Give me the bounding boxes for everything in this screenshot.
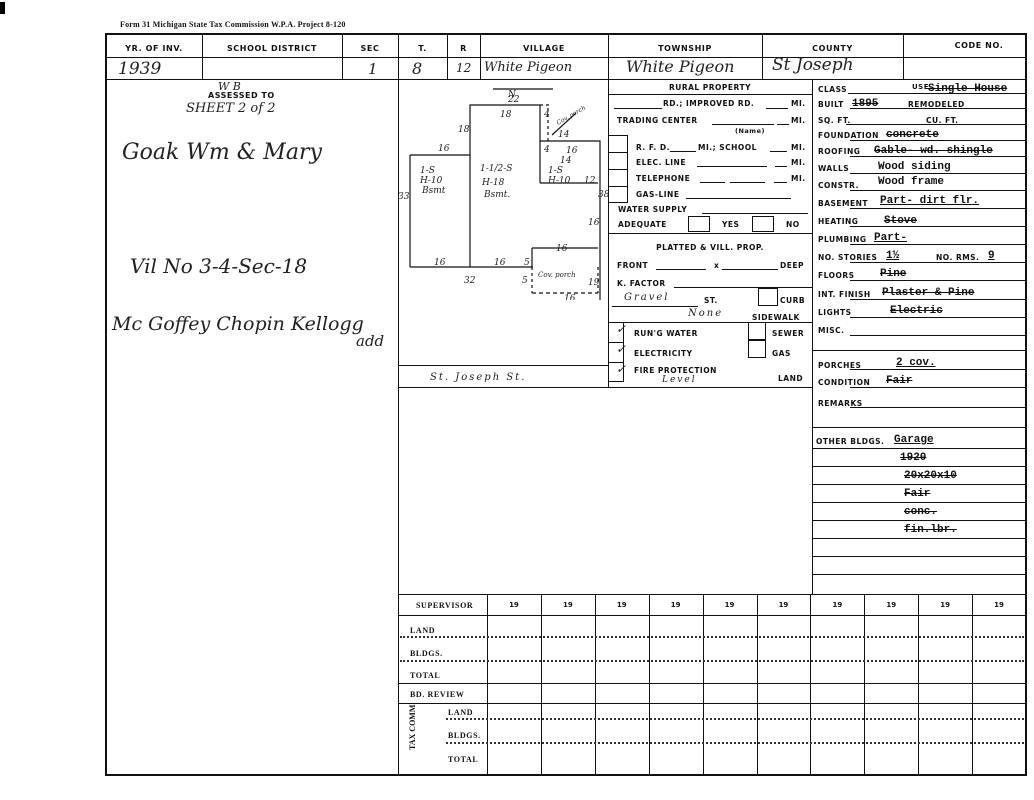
svg-text:18: 18 — [500, 110, 512, 120]
svg-text:H-18: H-18 — [481, 178, 505, 188]
built-value: 1895 — [852, 98, 878, 110]
svg-text:Cov. porch: Cov. porch — [556, 104, 588, 126]
heating-value: Stove — [884, 215, 917, 227]
svg-text:33: 33 — [398, 192, 410, 202]
year-column-header: 19 — [918, 601, 972, 609]
stories-value: 1½ — [886, 250, 899, 262]
svg-text:38: 38 — [598, 190, 608, 200]
svg-text:22: 22 — [507, 95, 520, 105]
col-yr-of-inv: YR. OF INV. — [106, 44, 202, 53]
rural-property-title: RURAL PROPERTY — [608, 83, 812, 92]
col-r: R — [447, 44, 480, 53]
svg-text:16: 16 — [566, 146, 578, 156]
value-village: White Pigeon — [484, 60, 572, 75]
svg-text:1-1/2-S: 1-1/2-S — [480, 164, 512, 174]
street-label: St. Joseph St. — [430, 372, 526, 383]
water-supply-label: WATER SUPPLY — [618, 205, 687, 214]
elec-line-label: ELEC. LINE — [636, 158, 686, 167]
value-township: White Pigeon — [626, 57, 734, 76]
foundation-value: concrete — [886, 129, 939, 141]
svg-text:32: 32 — [464, 276, 476, 286]
floors-value: Pine — [880, 268, 906, 280]
electricity-label: ELECTRICITY — [634, 349, 693, 358]
value-t: 8 — [412, 59, 422, 78]
other-bldg-line: Garage — [894, 434, 934, 446]
curb-label: CURB — [780, 296, 805, 305]
year-column-header: 19 — [649, 601, 703, 609]
int-finish-value: Plaster & Pine — [882, 287, 974, 299]
svg-text:16: 16 — [564, 294, 576, 300]
svg-text:1-S: 1-S — [548, 166, 563, 176]
platted-title: PLATTED & VILL. PROP. — [608, 243, 812, 252]
svg-text:5: 5 — [522, 276, 528, 286]
basement-value: Part- dirt flr. — [880, 195, 979, 207]
land-label: LAND — [778, 374, 803, 383]
land-value: Level — [662, 375, 697, 385]
addition-name: Mc Goffey Chopin Kellogg — [112, 313, 364, 335]
building-sketch: N 22 18 4 14 18 16 4 16 14 1-S H-10 Bsmt… — [398, 85, 608, 300]
col-code-no: CODE NO. — [903, 41, 1025, 50]
use-value: Single House — [928, 83, 1007, 95]
svg-text:14: 14 — [560, 156, 572, 166]
year-column-header: 19 — [864, 601, 918, 609]
trading-center-label: TRADING CENTER — [617, 116, 698, 125]
walls-value: Wood siding — [878, 161, 951, 173]
col-township: TOWNSHIP — [608, 44, 762, 53]
other-bldg-line: fin.lbr. — [904, 524, 957, 536]
svg-text:5: 5 — [524, 258, 530, 268]
rooms-value: 9 — [988, 250, 995, 262]
plumbing-value: Part- — [874, 232, 907, 244]
sidewalk-label: SIDEWALK — [752, 313, 800, 322]
gas-label: GAS — [772, 349, 791, 358]
svg-text:14: 14 — [558, 130, 570, 140]
svg-text:19: 19 — [588, 278, 600, 288]
front-label: FRONT — [617, 261, 648, 270]
svg-text:1-S: 1-S — [420, 166, 435, 176]
col-sec: SEC — [342, 44, 398, 53]
adequate-yes-checkbox[interactable] — [688, 216, 710, 232]
year-column-header: 19 — [541, 601, 595, 609]
value-county: St Joseph — [772, 55, 854, 75]
year-column-header: 19 — [595, 601, 649, 609]
roofing-value: Gable- wd. shingle — [874, 145, 993, 157]
svg-text:16: 16 — [588, 218, 600, 228]
fire-protection-label: FIRE PROTECTION — [634, 366, 717, 375]
svg-text:4: 4 — [543, 110, 550, 120]
svg-text:16: 16 — [438, 144, 450, 154]
sidewalk-value: None — [688, 308, 723, 319]
adequate-label: ADEQUATE — [618, 220, 667, 229]
other-bldg-line: 20x20x10 — [904, 470, 957, 482]
svg-text:16: 16 — [556, 244, 568, 254]
other-bldg-line: 1920 — [900, 452, 926, 464]
col-t: T. — [398, 44, 447, 53]
runs-water-check: ✓ — [616, 322, 626, 336]
other-bldg-line: conc. — [904, 506, 937, 518]
adequate-no-checkbox[interactable] — [752, 216, 774, 232]
svg-text:18: 18 — [458, 125, 470, 135]
form-title: Form 31 Michigan State Tax Commission W.… — [120, 20, 346, 29]
svg-text:Bsmt.: Bsmt. — [483, 190, 510, 200]
gas-line-label: GAS-LINE — [636, 190, 679, 199]
constr-value: Wood frame — [878, 176, 944, 188]
lights-value: Electric — [890, 305, 943, 317]
year-column-header: 19 — [972, 601, 1026, 609]
telephone-label: TELEPHONE — [636, 174, 690, 183]
svg-text:Cov. porch: Cov. porch — [538, 271, 576, 279]
condition-value: Fair — [886, 375, 912, 387]
k-factor-label: K. FACTOR — [617, 279, 666, 288]
col-village: VILLAGE — [480, 44, 608, 53]
legal-description: Vil No 3-4-Sec-18 — [130, 254, 307, 278]
supervisor-label: SUPERVISOR — [416, 601, 473, 610]
rfd-label: R. F. D. — [636, 143, 670, 152]
street-surface-value: Gravel — [624, 292, 670, 303]
svg-text:H-10: H-10 — [419, 176, 443, 186]
svg-text:12: 12 — [584, 176, 596, 186]
fire-protection-check: ✓ — [616, 362, 626, 376]
curb-checkbox[interactable] — [758, 288, 778, 306]
sheet-note: SHEET 2 of 2 — [186, 101, 275, 116]
addition-suffix: add — [356, 332, 384, 350]
year-column-header: 19 — [487, 601, 541, 609]
col-county: COUNTY — [762, 44, 903, 53]
rd-improved-label: RD.; IMPROVED RD. — [663, 99, 754, 108]
sewer-checkbox[interactable] — [748, 322, 766, 340]
other-bldg-line: Fair — [904, 488, 930, 500]
year-column-header: 19 — [703, 601, 757, 609]
svg-text:Bsmt: Bsmt — [421, 186, 446, 196]
value-sec: 1 — [368, 60, 378, 78]
value-yr-of-inv: 1939 — [118, 59, 161, 79]
svg-text:4: 4 — [543, 145, 550, 155]
assessed-to-label: ASSESSED TO — [208, 91, 275, 100]
value-r: 12 — [456, 61, 471, 75]
svg-text:16: 16 — [434, 258, 446, 268]
scan-mark — [0, 2, 5, 14]
svg-text:16: 16 — [494, 258, 506, 268]
runs-water-label: RUN'G WATER — [634, 329, 698, 338]
sewer-label: SEWER — [772, 329, 804, 338]
tax-comm-label: TAX COMM. — [408, 703, 417, 750]
gas-checkbox[interactable] — [748, 340, 766, 358]
porches-value: 2 cov. — [896, 357, 936, 369]
deep-label: DEEP — [780, 261, 804, 270]
electricity-check: ✓ — [616, 342, 626, 356]
svg-text:H-10: H-10 — [547, 176, 571, 186]
year-column-header: 19 — [810, 601, 864, 609]
year-column-header: 19 — [757, 601, 811, 609]
col-school-district: SCHOOL DISTRICT — [202, 44, 342, 53]
owner-name: Goak Wm & Mary — [122, 140, 322, 165]
